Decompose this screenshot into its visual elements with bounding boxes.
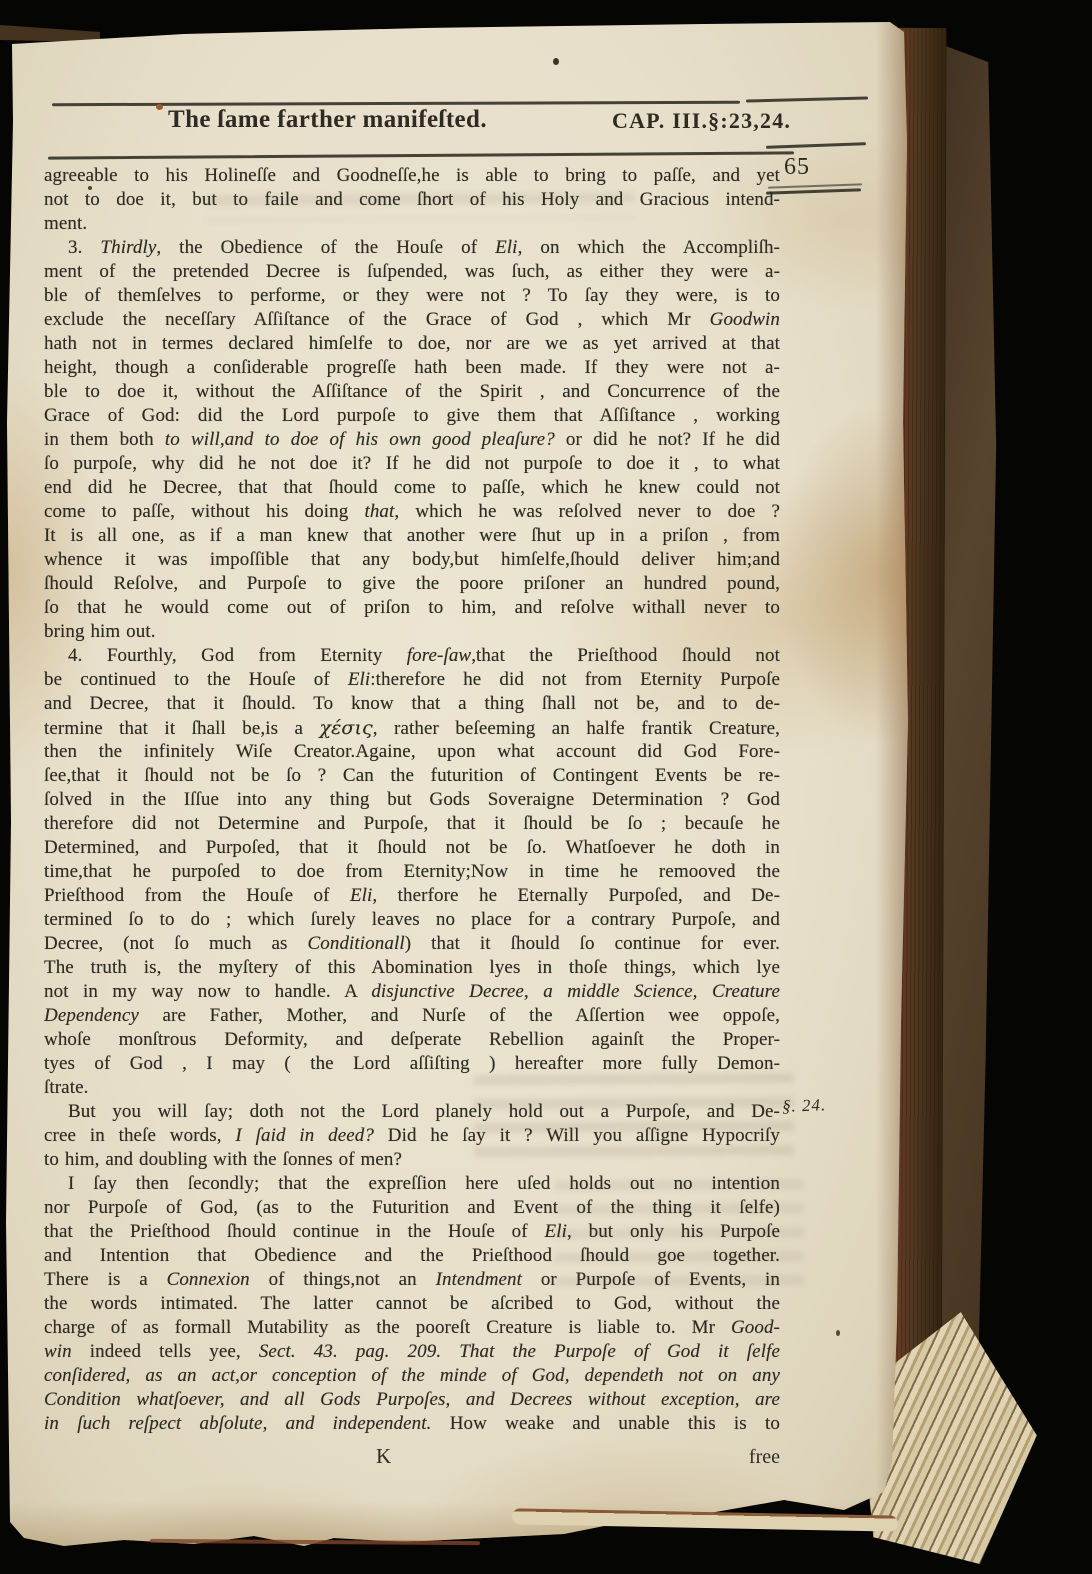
text-line: ment of the pretended Decree is ſuſpende…	[44, 260, 780, 284]
text-line: conſidered, as an act,or conception of t…	[44, 1364, 780, 1388]
text-line: be continued to the Houſe of Eli:therefo…	[44, 668, 780, 692]
text-line: hath not in termes declared himſelfe to …	[44, 332, 780, 356]
text-line: come to paſſe, without his doing that, w…	[44, 500, 780, 524]
text-line: charge of as formall Mutability as the p…	[44, 1316, 780, 1340]
chapter-heading: CAP. III.§:23,24.	[612, 108, 791, 134]
folio-rule-bottom	[766, 188, 861, 194]
text-line: ſo that he would come out of priſon to h…	[44, 596, 780, 620]
text-line: bring him out.	[44, 620, 780, 644]
text-line: Determined, and Purpoſed, that it ſhould…	[44, 836, 780, 860]
text-line: ſtrate.	[44, 1076, 780, 1100]
text-line: ſhould Reſolve, and Purpoſe to give the …	[44, 572, 780, 596]
ink-speck	[553, 58, 559, 65]
text-line: ble to doe it, without the Aſſiſtance of…	[44, 380, 780, 404]
text-line: ment.	[44, 212, 780, 236]
text-line: 4. Fourthly, God from Eternity fore-ſaw,…	[44, 644, 780, 668]
header-rule-bottom	[48, 151, 794, 159]
text-line: that the Prieſthood ſhould continue in t…	[44, 1220, 780, 1244]
text-line: ſo purpoſe, why did he not doe it? If he…	[44, 452, 780, 476]
text-line: whoſe monſtrous Deformity, and deſperate…	[44, 1028, 780, 1052]
text-line: and Decree, that it ſhould. To know that…	[44, 692, 780, 716]
text-line: win indeed tells yee, Sect. 43. pag. 209…	[44, 1340, 780, 1364]
text-line: end did he Decree, that that ſhould come…	[44, 476, 780, 500]
running-title: The ſame farther manifeſted.	[168, 106, 568, 134]
text-line: then the infinitely Wiſe Creator.Againe,…	[44, 740, 780, 764]
text-line: whence it was impoſſible that any body,b…	[44, 548, 780, 572]
text-line: to him, and doubling with the ſonnes of …	[44, 1148, 780, 1172]
text-line: Condition whatſoever, and all Gods Purpo…	[44, 1388, 780, 1412]
text-line: not to doe it, but to faile and come ſho…	[44, 188, 780, 212]
cover-corner	[0, 22, 100, 42]
text-line: termine that it ſhall be,is a χέσις, rat…	[44, 716, 780, 740]
text-line: ſee,that it ſhould not be ſo ? Can the f…	[44, 764, 780, 788]
text-line: Grace of God: did the Lord purpoſe to gi…	[44, 404, 780, 428]
text-line: 3. Thirdly, the Obedience of the Houſe o…	[44, 236, 780, 260]
text-line: nor Purpoſe of God, (as to the Futuritio…	[44, 1196, 780, 1220]
text-line: exclude the neceſſary Aſſiſtance of the …	[44, 308, 780, 332]
text-line: in them both to will,and to doe of his o…	[44, 428, 780, 452]
text-line: termined ſo to do ; which ſurely leaves …	[44, 908, 780, 932]
folio-rule-top	[766, 142, 866, 148]
text-line: height, though a conſiderable progreſſe …	[44, 356, 780, 380]
text-line: Dependency are Father, Mother, and Nurſe…	[44, 1004, 780, 1028]
page-number: 65	[784, 154, 810, 181]
ink-speck	[836, 1330, 840, 1336]
text-line: I ſay then ſecondly; that the expreſſion…	[44, 1172, 780, 1196]
text-line: in ſuch reſpect abſolute, and independen…	[44, 1412, 780, 1436]
text-line: But you will ſay; doth not the Lord plan…	[44, 1100, 780, 1124]
text-line: Decree, (not ſo much as Conditionall) th…	[44, 932, 780, 956]
book-photo: The ſame farther manifeſted. CAP. III.§:…	[0, 0, 1092, 1574]
text-line: Prieſthood from the Houſe of Eli, therfo…	[44, 884, 780, 908]
header-rule-top-right	[746, 97, 868, 103]
text-block: agreeable to his Holineſſe and Goodneſſe…	[44, 164, 780, 1436]
text-line: ble of themſelves to performe, or they w…	[44, 284, 780, 308]
ink-speck	[88, 186, 92, 190]
catchword: free	[692, 1446, 780, 1469]
text-line: agreeable to his Holineſſe and Goodneſſe…	[44, 164, 780, 188]
text-line: and Intention that Obedience and the Pri…	[44, 1244, 780, 1268]
text-line: not in my way now to handle. A disjuncti…	[44, 980, 780, 1004]
text-line: therefore did not Determine and Purpoſe,…	[44, 812, 780, 836]
text-line: It is all one, as if a man knew that ano…	[44, 524, 780, 548]
book-page: The ſame farther manifeſted. CAP. III.§:…	[4, 22, 910, 1550]
signature-mark: K	[376, 1444, 391, 1469]
text-line: time,that he purpoſed to doe from Eterni…	[44, 860, 780, 884]
margin-note-section: §. 24.	[782, 1095, 827, 1117]
text-line: the words intimated. The latter cannot b…	[44, 1292, 780, 1316]
text-line: ſolved in the Iſſue into any thing but G…	[44, 788, 780, 812]
rust-speck	[156, 104, 163, 110]
text-line: tyes of God , I may ( the Lord aſſiſting…	[44, 1052, 780, 1076]
text-line: There is a Connexion of things,not an In…	[44, 1268, 780, 1292]
text-line: cree in theſe words, I ſaid in deed? Did…	[44, 1124, 780, 1148]
text-line: The truth is, the myſtery of this Abomin…	[44, 956, 780, 980]
